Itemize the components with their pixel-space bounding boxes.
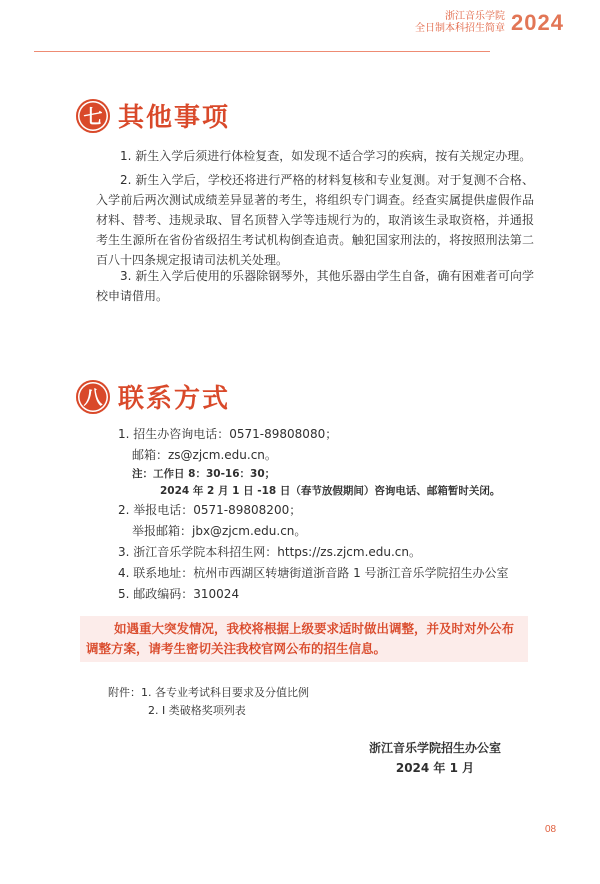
notice-box: 如遇重大突发情况，我校将根据上级要求适时做出调整，并及时对外公布调整方案，请考生… — [80, 616, 528, 662]
section-7-item-1: 1. 新生入学后须进行体检复查，如发现不适合学习的疾病，按有关规定办理。 — [96, 146, 534, 166]
page-header: 浙江音乐学院 全日制本科招生简章 2024 — [415, 10, 564, 36]
contact-email[interactable]: 邮箱：zs@zjcm.edu.cn。 — [118, 445, 509, 466]
contact-address: 4. 联系地址：杭州市西湖区转塘街道浙音路 1 号浙江音乐学院招生办公室 — [118, 563, 509, 584]
contact-list: 1. 招生办咨询电话：0571-89808080； 邮箱：zs@zjcm.edu… — [118, 424, 509, 605]
report-email[interactable]: 举报邮箱：jbx@zjcm.edu.cn。 — [118, 521, 509, 542]
header-school: 浙江音乐学院 — [415, 11, 505, 23]
report-phone: 2. 举报电话：0571-89808200； — [118, 500, 509, 521]
signature-date: 2024 年 1 月 — [360, 758, 510, 778]
signature: 浙江音乐学院招生办公室 2024 年 1 月 — [360, 738, 510, 778]
signature-org: 浙江音乐学院招生办公室 — [360, 738, 510, 758]
attachment-1: 附件：1. 各专业考试科目要求及分值比例 — [108, 684, 309, 702]
contact-phone: 1. 招生办咨询电话：0571-89808080； — [118, 424, 509, 445]
section-7-item-2: 2. 新生入学后，学校还将进行严格的材料复核和专业复测。对于复测不合格、入学前后… — [96, 170, 534, 270]
header-divider — [34, 51, 490, 52]
contact-note-holiday: 2024 年 2 月 1 日 -18 日（春节放假期间）咨询电话、邮箱暂时关闭。 — [118, 483, 509, 500]
header-subtitle: 全日制本科招生简章 — [415, 23, 505, 35]
section-7-item-3: 3. 新生入学后使用的乐器除钢琴外，其他乐器由学生自备，确有困难者可向学校申请借… — [96, 266, 534, 306]
section-8-heading: 八 联系方式 — [76, 378, 230, 415]
section-number-7-icon: 七 — [76, 99, 110, 133]
section-number-8-icon: 八 — [76, 380, 110, 414]
page-number: 08 — [545, 824, 556, 835]
postcode: 5. 邮政编码：310024 — [118, 584, 509, 605]
contact-note-hours: 注：工作日 8：30-16：30； — [118, 466, 509, 483]
section-8-title: 联系方式 — [118, 378, 230, 415]
header-year: 2024 — [511, 10, 564, 36]
section-7-heading: 七 其他事项 — [76, 97, 230, 134]
header-text: 浙江音乐学院 全日制本科招生简章 — [415, 11, 505, 35]
attachments: 附件：1. 各专业考试科目要求及分值比例 2. I 类破格奖项列表 — [108, 684, 309, 720]
section-7-title: 其他事项 — [118, 97, 230, 134]
attachment-2: 2. I 类破格奖项列表 — [108, 702, 309, 720]
website-link[interactable]: 3. 浙江音乐学院本科招生网：https://zs.zjcm.edu.cn。 — [118, 542, 509, 563]
